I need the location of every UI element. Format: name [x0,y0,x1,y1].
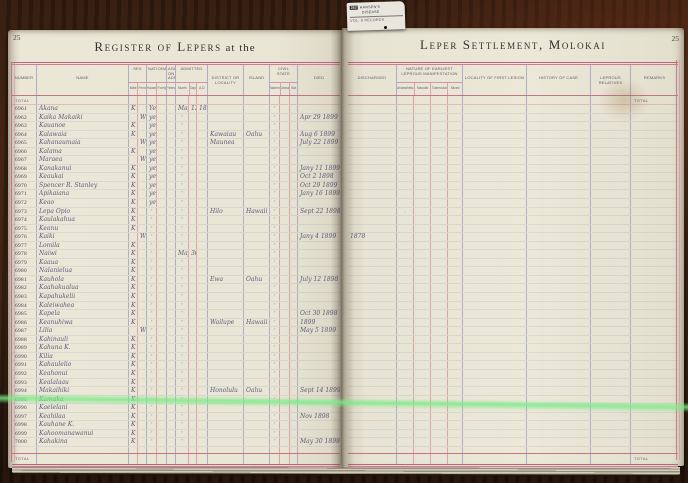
cell-m1 [396,454,413,464]
cell-m4 [447,447,462,453]
cell-sx2 [137,379,146,387]
cell-hoc [526,421,590,429]
cell-m2 [413,396,430,404]
cell-cv2 [279,438,289,446]
cell-cv3 [289,122,297,130]
cell-nt2 [156,353,166,361]
cell-cv1: ″ [269,421,279,429]
cell-name: Kaiki [36,233,128,241]
cell-rem [630,284,678,292]
cell-nt1: ″ [146,259,156,267]
cell-m3 [430,139,447,147]
register-row: 6975KeanuK″″″ [12,225,340,234]
cell-dis [348,404,396,412]
column-group: NationalityHawaiianForeigner [146,65,166,95]
cell-cv2 [279,225,289,233]
column-group: Island [243,65,269,95]
cell-m4 [447,173,462,181]
cell-nt2 [156,131,166,139]
cell-isl [243,361,269,369]
cell-m3 [430,148,447,156]
cell-died [297,421,340,429]
cell-lfl [462,148,526,156]
cell-nt2 [156,387,166,395]
cell-am: ″ [175,122,188,130]
cell-cv1 [269,96,279,104]
cell-ag [166,336,175,344]
cell-died: Jany 11 1899 [297,165,340,173]
cell-ag [166,327,175,335]
cell-isl [243,421,269,429]
cell-nt2 [156,190,166,198]
cell-nt1: ″ [146,250,156,258]
cell-hoc [526,454,590,464]
cell-died [297,216,340,224]
cell-died [297,430,340,438]
cell-isl [243,284,269,292]
cell-lr [590,276,630,284]
cell-hoc [526,165,590,173]
cell-m1 [396,344,413,352]
register-row: 6962Kaika MakaikiWyes″″Apr 29 1899 [12,114,340,123]
column-sub-label: Day [189,83,197,95]
right-title-main: Leper Settlement, Molokai [420,37,606,52]
cell-lfl [462,156,526,164]
cell-sx1: K [128,293,137,301]
cell-sx1: K [128,302,137,310]
cell-n: 6970 [12,182,36,190]
cell-died [297,454,340,464]
register-row: 6988KahinauliK″″″ [12,336,340,345]
cell-dis [348,259,396,267]
cell-m2 [413,131,430,139]
cell-am: ″ [175,293,188,301]
cell-cv3 [289,430,297,438]
cell-sx2 [137,438,146,446]
cell-m2 [413,336,430,344]
cell-m3 [430,447,447,453]
cell-loc [207,370,243,378]
cell-hoc [526,327,590,335]
cell-am: ″ [175,413,188,421]
cell-sx1: K [128,413,137,421]
cell-cv2 [279,421,289,429]
cell-nt2 [156,336,166,344]
cell-ay [196,379,207,387]
cell-n: 6992 [12,370,36,378]
cell-lr [590,250,630,258]
cell-cv1: ″ [269,379,279,387]
cell-m3 [430,122,447,130]
cell-m3 [430,199,447,207]
cell-cv2 [279,250,289,258]
register-row [348,370,678,379]
cell-sx1: K [128,242,137,250]
cell-name: Kalawaia [36,131,128,139]
cell-m1 [396,430,413,438]
cell-cv1: ″ [269,430,279,438]
cell-dis [348,114,396,122]
cell-m3 [430,131,447,139]
cell-m2 [413,302,430,310]
cell-loc [207,225,243,233]
cell-am: ″ [175,387,188,395]
cell-cv1: ″ [269,319,279,327]
cell-ay [196,122,207,130]
cell-sx1: K [128,284,137,292]
cell-hoc [526,319,590,327]
cell-cv3 [289,139,297,147]
cell-sx2 [137,421,146,429]
cell-ag [166,454,175,464]
cell-nt1: ″ [146,379,156,387]
cell-am: ″ [175,344,188,352]
cell-cv2 [279,208,289,216]
cell-m1 [396,182,413,190]
cell-cv3 [289,302,297,310]
cell-m2 [413,438,430,446]
cell-m4 [447,336,462,344]
cell-m2 [413,233,430,241]
cell-cv1: ″ [269,199,279,207]
cell-dis [348,302,396,310]
cell-m1 [396,379,413,387]
cell-cv3 [289,259,297,267]
cell-n: 6990 [12,353,36,361]
register-row [348,267,678,276]
cell-n: 6969 [12,173,36,181]
cell-m2 [413,96,430,104]
cell-cv2 [279,447,289,453]
cell-lfl [462,96,526,104]
cell-ad [188,430,196,438]
register-row [348,379,678,388]
cell-sx2 [137,404,146,412]
cell-loc [207,404,243,412]
column-group-label: Age on Adm. [167,65,175,82]
cell-ad [188,310,196,318]
cell-m3 [430,310,447,318]
cell-m1 [396,148,413,156]
cell-ag [166,199,175,207]
column-sub-label: Foreigner [156,83,166,95]
cell-isl [243,190,269,198]
cell-name: Keahilaa [36,413,128,421]
cell-isl [243,199,269,207]
cell-am: ″ [175,396,188,404]
cell-rem [630,173,678,181]
cell-loc [207,353,243,361]
cell-nt1 [146,454,156,464]
cell-isl [243,105,269,113]
cell-name: Makaihiki [36,387,128,395]
cell-ay [196,139,207,147]
cell-dis [348,387,396,395]
cell-ad [188,413,196,421]
cell-sx1: K [128,199,137,207]
cell-hoc [526,447,590,453]
cell-ay [196,173,207,181]
cell-nt2 [156,293,166,301]
cell-loc [207,190,243,198]
cell-lr [590,421,630,429]
cell-sx2 [137,276,146,284]
cell-ay [196,447,207,453]
register-row [348,250,678,259]
column-sub-label: Month [176,83,189,95]
cell-m3 [430,438,447,446]
cell-nt1: yes [146,122,156,130]
cell-hoc [526,267,590,275]
cell-ag [166,302,175,310]
cell-hoc [526,310,590,318]
cell-nt1: ″ [146,327,156,335]
cell-name: Kealalaau [36,379,128,387]
cell-lr [590,353,630,361]
cell-isl [243,293,269,301]
cell-died [297,344,340,352]
cell-hoc [526,413,590,421]
column-group: Nature of Earliest Leprous Manifestation… [396,65,462,95]
cell-hoc [526,131,590,139]
cell-cv2 [279,199,289,207]
cell-ag [166,259,175,267]
cell-sx1: K [128,216,137,224]
cell-name: Kilia [36,353,128,361]
cell-m2 [413,413,430,421]
cell-ad [188,387,196,395]
cell-dis [348,96,396,104]
cell-n: 6994 [12,387,36,395]
register-row [348,156,678,165]
cell-cv3 [289,190,297,198]
register-row [348,387,678,396]
cell-m1 [396,421,413,429]
cell-m2 [413,379,430,387]
cell-rem [630,344,678,352]
cell-name: Keanuhiwa [36,319,128,327]
column-sub-label: Years [167,83,175,95]
cell-nt2 [156,199,166,207]
cell-ad [188,319,196,327]
cell-sx1: K [128,208,137,216]
cell-ay [196,114,207,122]
cell-n [12,447,36,453]
cell-dis [348,105,396,113]
cell-hoc [526,96,590,104]
cell-ay [196,387,207,395]
cell-ag [166,310,175,318]
cell-lfl [462,139,526,147]
cell-m3 [430,396,447,404]
cell-nt2 [156,114,166,122]
cell-n: 6995 [12,396,36,404]
register-row: 6991KahaulelioK″″″ [12,361,340,370]
register-row [348,216,678,225]
cell-m4 [447,96,462,104]
cell-sx2 [137,361,146,369]
cell-cv3 [289,165,297,173]
cell-cv2 [279,370,289,378]
cell-cv3 [289,387,297,395]
cell-cv1: ″ [269,148,279,156]
cell-cv1: ″ [269,131,279,139]
cell-name: Kapahukelii [36,293,128,301]
cell-n: Total [12,454,36,464]
cell-sx1 [128,233,137,241]
cell-dis [348,284,396,292]
column-sub-label: Female [137,83,146,95]
cell-died: Nov 1898 [297,413,340,421]
cell-m4 [447,156,462,164]
column-group-label: Name [37,65,128,95]
cell-nt2 [156,319,166,327]
cell-cv2 [279,344,289,352]
column-group: AdmittedMonthDayA.D. [175,65,207,95]
cell-name: Kaaua [36,259,128,267]
cell-isl [243,370,269,378]
cell-nt2 [156,413,166,421]
register-row [348,199,678,208]
cell-ag [166,139,175,147]
register-row [348,353,678,362]
register-row: 6971ApikaianaKyes″″Jany 16 1899 [12,190,340,199]
cell-name: Akana [36,105,128,113]
cell-cv3 [289,327,297,335]
cell-n: 6996 [12,404,36,412]
cell-name: Kahaulelio [36,361,128,369]
cell-isl [243,242,269,250]
left-page: 25 Register of Lepers at the NumberNameS… [8,30,342,468]
register-row [348,139,678,148]
cell-cv3 [289,284,297,292]
cell-nt2 [156,370,166,378]
cell-m2 [413,199,430,207]
cell-rem [630,225,678,233]
cell-nt1: yes [146,114,156,122]
column-group: Locality of First Lesion [462,65,526,95]
cell-m3 [430,336,447,344]
cell-nt1: yes [146,165,156,173]
cell-sx1: K [128,105,137,113]
cell-loc: Kawaiau [207,131,243,139]
cell-ad [188,336,196,344]
cell-cv2 [279,454,289,464]
cell-died: Sept 14 1899 [297,387,340,395]
cell-rem [630,216,678,224]
cell-ag [166,131,175,139]
cell-sx2 [137,396,146,404]
cell-cv3 [289,242,297,250]
cell-m2 [413,361,430,369]
cell-m3 [430,404,447,412]
cell-sx2: W [137,139,146,147]
cell-ad [188,379,196,387]
register-row [348,310,678,319]
cell-ag [166,225,175,233]
cell-cv2 [279,182,289,190]
cell-lr [590,156,630,164]
cell-loc [207,242,243,250]
register-row: 6976KaikiW″″″Jany 4 1899 [12,233,340,242]
cell-m1 [396,438,413,446]
cell-n: 6982 [12,284,36,292]
cell-loc [207,259,243,267]
cell-nt1: Yes [146,105,156,113]
cell-died [297,96,340,104]
cell-dis [348,242,396,250]
register-row [348,404,678,413]
register-row: 6985KapelaK″″″Oct 30 1898 [12,310,340,319]
cell-ad [188,454,196,464]
cell-m4 [447,139,462,147]
cell-name: Kaleiwahea [36,302,128,310]
register-row: 6993KealalaauK″″″ [12,379,340,388]
register-rows: ·1878 [348,105,678,447]
cell-name: Kaika Makaiki [36,114,128,122]
cell-hoc [526,208,590,216]
cell-cv1: ″ [269,156,279,164]
cell-sx2 [137,190,146,198]
register-row: 6992KeahonuiK″″″ [12,370,340,379]
cell-cv1: ″ [269,284,279,292]
cell-m3 [430,284,447,292]
cell-cv3 [289,413,297,421]
cell-m3 [430,387,447,395]
cell-sx1: K [128,430,137,438]
cell-cv1: ″ [269,293,279,301]
cell-nt2 [156,396,166,404]
cell-sx1: K [128,148,137,156]
cell-ad [188,421,196,429]
register-row [348,148,678,157]
register-row: 6979KaauaK″″″ [12,259,340,268]
cell-m1 [396,413,413,421]
cell-cv3 [289,293,297,301]
cell-ag [166,233,175,241]
cell-am: ″ [175,370,188,378]
cell-ag [166,447,175,453]
register-row: 6963KauanoeKyes″″ [12,122,340,131]
cell-died: May 5 1899 [297,327,340,335]
cell-am: ″ [175,190,188,198]
cell-loc [207,233,243,241]
cell-m1 [396,370,413,378]
cell-ag [166,387,175,395]
cell-dis [348,447,396,453]
cell-ag [166,379,175,387]
cell-nt1: yes [146,131,156,139]
cell-m4 [447,267,462,275]
cell-name: Spencer R. Stanley [36,182,128,190]
cell-ag [166,430,175,438]
cell-m2 [413,421,430,429]
cell-n: 6965 [12,139,36,147]
cell-m4 [447,396,462,404]
cell-lr [590,447,630,453]
cell-n: 6968 [12,165,36,173]
cell-m1 [396,225,413,233]
cell-ag [166,293,175,301]
cell-nt1: yes [146,156,156,164]
cell-cv2 [279,267,289,275]
cell-sx1: K [128,421,137,429]
cell-m1 [396,165,413,173]
cell-dis [348,396,396,404]
total-row-top: Total [12,96,340,105]
cell-ad [188,276,196,284]
cell-ag [166,370,175,378]
